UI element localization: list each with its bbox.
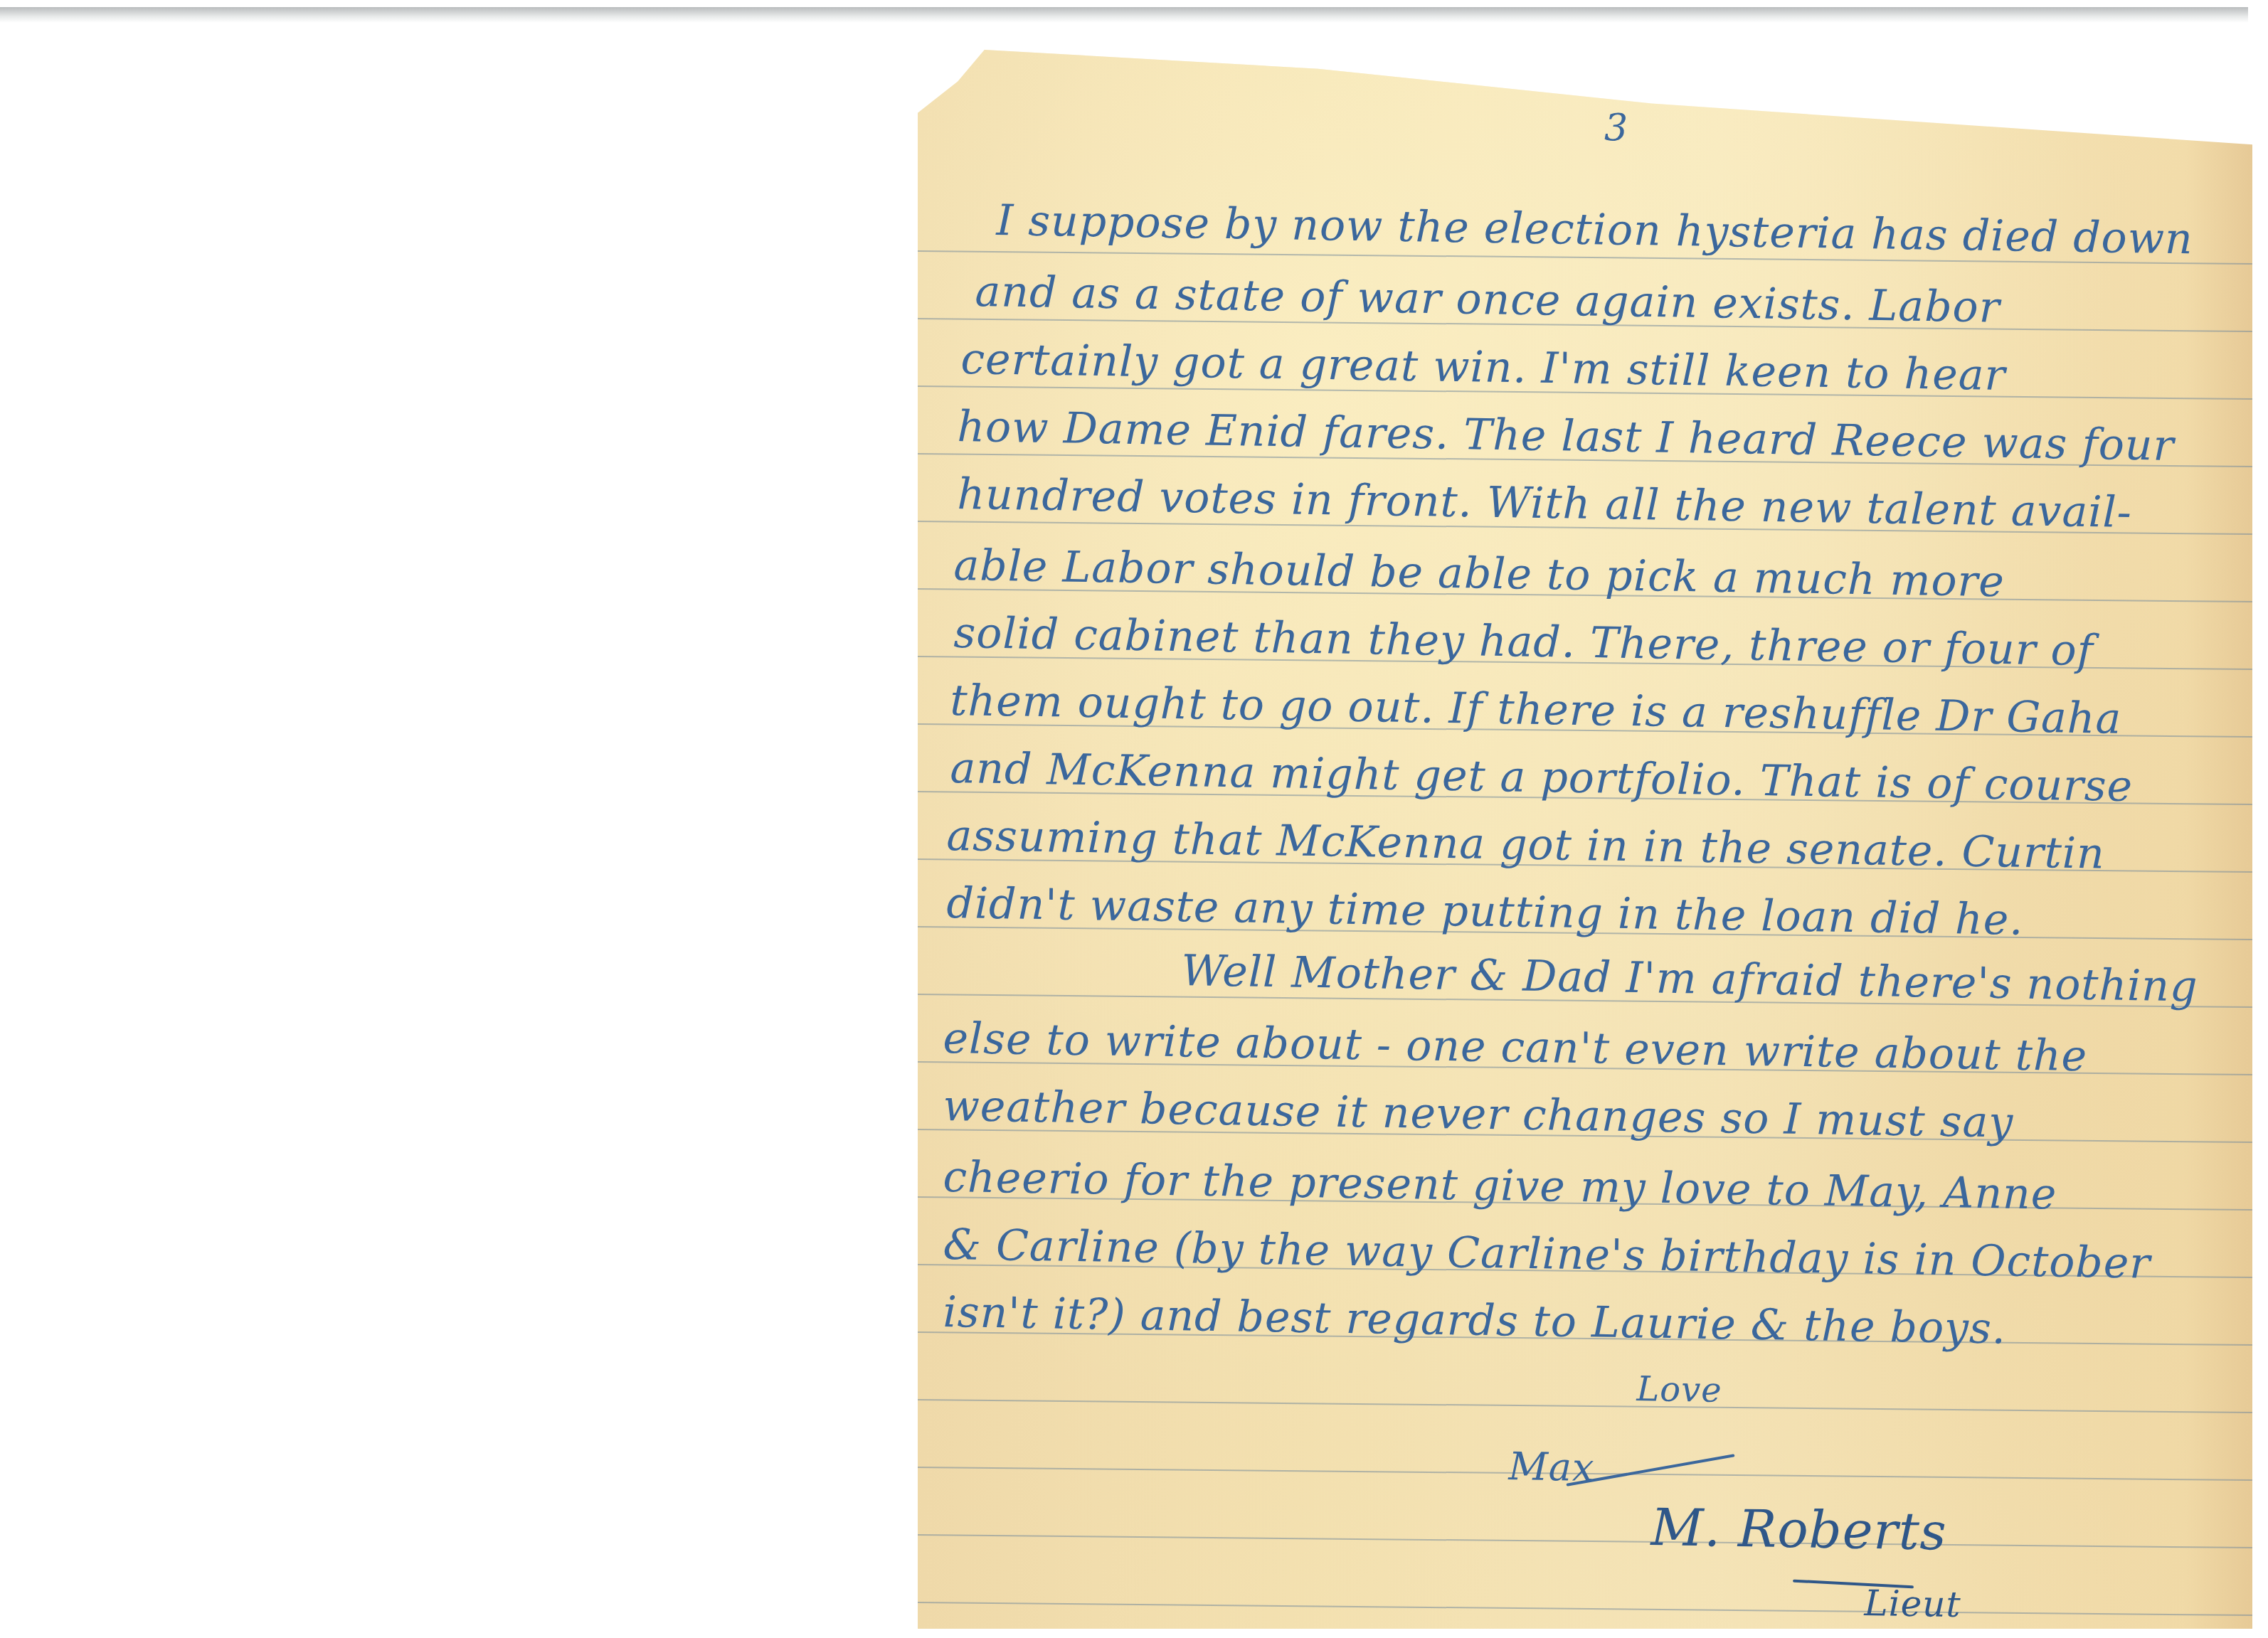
letter-line: solid cabinet than they had. There, thre…: [953, 608, 2094, 676]
letter-line: else to write about - one can't even wri…: [943, 1014, 2088, 1081]
letter-line: certainly got a great win. I'm still kee…: [960, 334, 2006, 400]
scanner-edge-shadow: [0, 7, 2248, 23]
letter-line: them ought to go out. If there is a resh…: [950, 676, 2122, 744]
letter-line: Well Mother & Dad I'm afraid there's not…: [1181, 946, 2198, 1011]
letter-line: weather because it never changes so I mu…: [943, 1081, 2014, 1148]
ruled-line: [918, 1602, 2252, 1616]
ruled-line: [918, 1534, 2252, 1548]
letter-line: & Carline (by the way Carline's birthday…: [943, 1220, 2151, 1289]
letter-line: cheerio for the present give my love to …: [943, 1152, 2057, 1220]
letter-line: how Dame Enid fares. The last I heard Re…: [957, 402, 2175, 471]
letter-page: 3 I suppose by now the election hysteria…: [918, 50, 2252, 1629]
rank-text: Lieut: [1864, 1583, 1961, 1625]
letter-line: isn't it?) and best regards to Laurie & …: [943, 1287, 2006, 1354]
page-number: 3: [1604, 107, 1628, 149]
letter-line: and as a state of war once again exists.…: [975, 267, 2001, 333]
letter-line: assuming that McKenna got in in the sena…: [946, 811, 2105, 879]
closing-text: Love: [1636, 1369, 1722, 1410]
letter-line: able Labor should be able to pick a much…: [953, 541, 2005, 607]
ruled-line: [918, 1399, 2252, 1413]
letter-line: didn't waste any time putting in the loa…: [946, 878, 2024, 945]
letter-line: and McKenna might get a portfolio. That …: [950, 743, 2134, 812]
signature: M. Roberts: [1650, 1497, 1947, 1562]
letter-line: hundred votes in front. With all the new…: [957, 469, 2132, 538]
